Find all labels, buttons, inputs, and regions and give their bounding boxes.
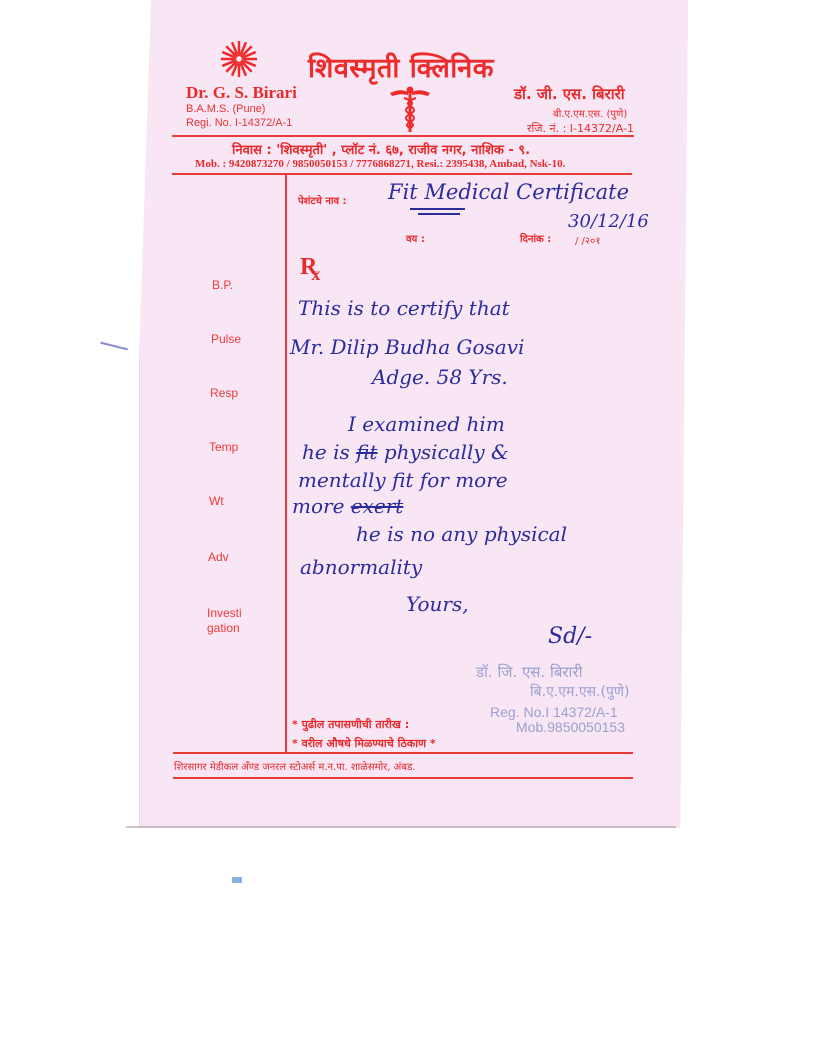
hand-struck-word: fit	[356, 440, 377, 464]
vital-weight: Wt	[209, 494, 224, 509]
vital-temp: Temp	[209, 440, 238, 455]
hand-line-5: he is fit physically &	[302, 440, 509, 464]
handwritten-patient-name: Fit Medical Certificate	[388, 180, 629, 204]
header-divider	[172, 135, 634, 137]
scan-artifact	[232, 877, 242, 883]
hand-line-2: Mr. Dilip Budha Gosavi	[290, 335, 524, 359]
stray-pen-mark	[100, 342, 128, 351]
clinic-address: निवास : 'शिवस्मृती' , प्लॉट नं. ६७, राजी…	[232, 140, 530, 158]
rx-symbol: Rx	[300, 254, 320, 285]
sun-chakra-icon	[220, 38, 258, 80]
stamp-registration: Reg. No.I 14372/A-1	[490, 704, 618, 720]
age-label: वय :	[406, 231, 425, 245]
hand-physically: physically &	[384, 440, 509, 464]
clinic-phones: Mob. : 9420873270 / 9850050153 / 7776868…	[195, 158, 565, 170]
hand-line-9: abnormality	[300, 555, 422, 579]
paper-edge	[126, 826, 676, 828]
hand-line-4: I examined him	[348, 412, 505, 436]
stamp-qualification: बि.ए.एम.एस.(पुणे)	[530, 684, 629, 700]
name-underline-2	[418, 213, 460, 215]
footer-divider	[173, 752, 633, 754]
name-underline	[410, 208, 465, 210]
doctor-qualification-english: B.A.M.S. (Pune)	[186, 103, 265, 115]
hand-closing: Yours,	[406, 592, 469, 616]
stamp-name: डॉ. जि. एस. बिरारी	[476, 664, 582, 680]
vital-advice: Adv	[208, 550, 229, 565]
clinic-name: शिवस्मृती क्लिनिक	[308, 48, 494, 85]
doctor-name-english: Dr. G. S. Birari	[186, 83, 297, 103]
doctor-signature: Sd/-	[548, 624, 592, 649]
caduceus-icon	[388, 84, 432, 134]
date-label: दिनांक :	[520, 231, 551, 245]
rx-sub: x	[311, 264, 320, 284]
stamp-mobile: Mob.9850050153	[516, 719, 625, 735]
hand-line-8: he is no any physical	[356, 522, 567, 546]
vitals-column-divider	[285, 173, 287, 753]
footer-bottom-line	[173, 777, 633, 779]
vital-bp: B.P.	[212, 278, 233, 293]
vital-resp: Resp	[210, 386, 238, 401]
patient-name-label: पेशंटचे नाव :	[298, 193, 347, 207]
pharmacy-label: * वरील औषधे मिळण्याचे ठिकाण *	[292, 736, 436, 751]
doctor-name-marathi: डॉ. जी. एस. बिरारी	[514, 84, 625, 104]
next-visit-label: * पुढील तपासणीची तारीख :	[292, 717, 409, 732]
hand-line-3: Adge. 58 Yrs.	[372, 365, 508, 389]
hand-line-6: mentally fit for more	[298, 468, 508, 492]
hand-exert: exert	[351, 494, 404, 518]
doctor-registration-english: Regi. No. I-14372/A-1	[186, 117, 292, 129]
hand-line-1: This is to certify that	[298, 296, 510, 320]
hand-more: more	[292, 494, 344, 518]
date-template: / /२०१	[575, 233, 601, 247]
vital-pulse: Pulse	[211, 332, 241, 347]
doctor-qualification-marathi: बी.ए.एम.एस. (पुणे)	[553, 106, 627, 120]
handwritten-date: 30/12/16	[568, 211, 649, 232]
hand-line-7: more exert	[292, 494, 403, 518]
pharmacy-name: शिरसागर मेडीकल अँण्ड जनरल स्टोअर्स म.न.प…	[174, 759, 415, 773]
contact-divider	[172, 173, 632, 175]
vital-investigation: Investi gation	[207, 606, 242, 636]
doctor-registration-marathi: रजि. नं. : I-14372/A-1	[527, 121, 634, 136]
hand-he-is: he is	[302, 440, 350, 464]
